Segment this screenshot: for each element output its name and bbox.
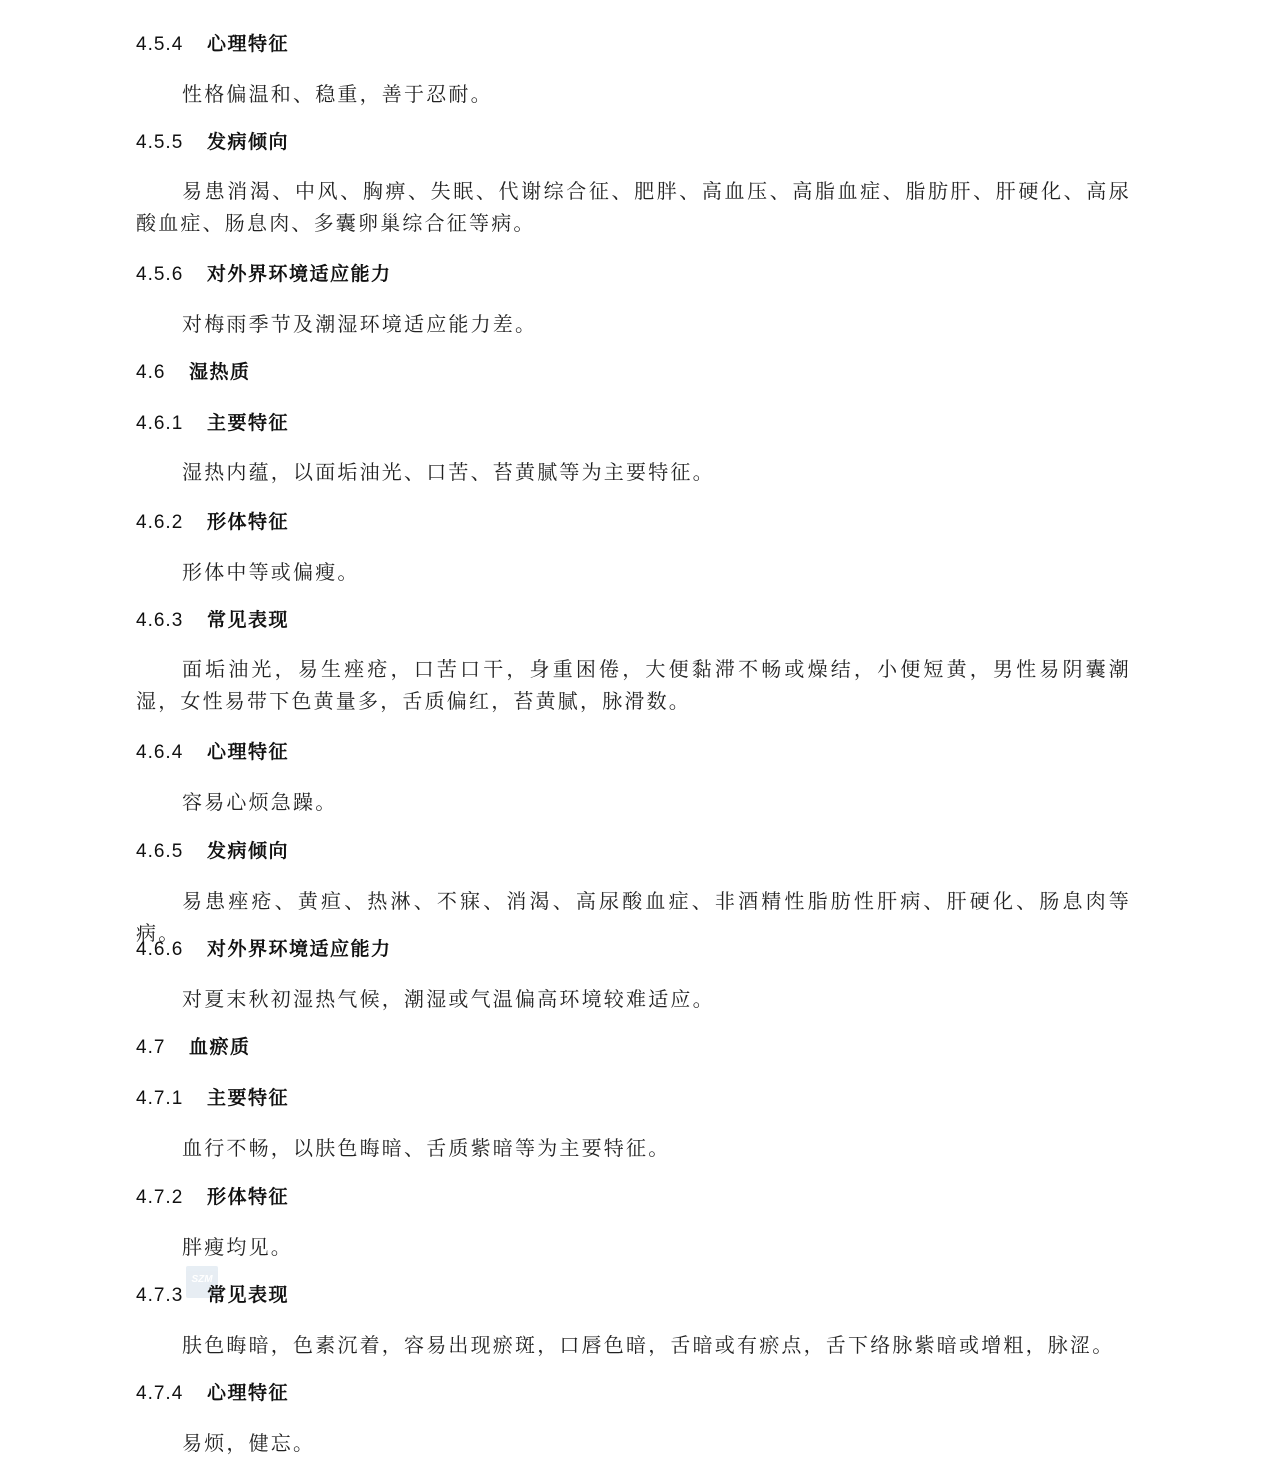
section-heading-4-6-4: 4.6.4心理特征: [136, 740, 1131, 765]
section-title: 形体特征: [207, 1186, 289, 1208]
section-number: 4.5.6: [136, 263, 207, 287]
section-heading-4-7-1: 4.7.1主要特征: [136, 1086, 1131, 1111]
paragraph: 血行不畅，以肤色晦暗、舌质紫暗等为主要特征。: [136, 1132, 1131, 1164]
section-heading-4-5-5: 4.5.5发病倾向: [136, 130, 1131, 155]
paragraph: 容易心烦急躁。: [136, 786, 1131, 818]
paragraph: 对梅雨季节及潮湿环境适应能力差。: [136, 308, 1131, 340]
section-title: 形体特征: [207, 511, 289, 533]
section-title: 心理特征: [207, 741, 289, 763]
paragraph: 面垢油光，易生痤疮，口苦口干，身重困倦，大便黏滞不畅或燥结，小便短黄，男性易阴囊…: [136, 653, 1131, 717]
paragraph: 湿热内蕴，以面垢油光、口苦、苔黄腻等为主要特征。: [136, 456, 1131, 488]
section-heading-4-6-1: 4.6.1主要特征: [136, 411, 1131, 436]
section-title: 血瘀质: [189, 1036, 251, 1058]
section-number: 4.6.1: [136, 412, 207, 436]
section-title: 主要特征: [207, 412, 289, 434]
section-number: 4.5.4: [136, 33, 207, 57]
section-title: 发病倾向: [207, 131, 289, 153]
section-number: 4.7.2: [136, 1186, 207, 1210]
section-number: 4.6.4: [136, 741, 207, 765]
section-heading-4-6-5: 4.6.5发病倾向: [136, 839, 1131, 864]
section-title: 心理特征: [207, 1382, 289, 1404]
paragraph: 对夏末秋初湿热气候，潮湿或气温偏高环境较难适应。: [136, 983, 1131, 1015]
section-heading-4-7: 4.7血瘀质: [136, 1035, 1131, 1060]
section-number: 4.6.5: [136, 840, 207, 864]
section-heading-4-7-3: 4.7.3常见表现: [136, 1283, 1131, 1308]
section-number: 4.7.3: [136, 1284, 207, 1308]
section-title: 湿热质: [189, 361, 251, 383]
section-number: 4.7: [136, 1036, 189, 1060]
section-number: 4.5.5: [136, 131, 207, 155]
section-title: 常见表现: [207, 609, 289, 631]
section-number: 4.6.2: [136, 511, 207, 535]
paragraph: 易患消渴、中风、胸痹、失眠、代谢综合征、肥胖、高血压、高脂血症、脂肪肝、肝硬化、…: [136, 175, 1131, 239]
paragraph: 易烦，健忘。: [136, 1427, 1131, 1459]
section-number: 4.7.1: [136, 1087, 207, 1111]
section-number: 4.7.4: [136, 1382, 207, 1406]
section-title: 对外界环境适应能力: [207, 263, 392, 285]
section-heading-4-6-2: 4.6.2形体特征: [136, 510, 1131, 535]
document-page: 4.5.4心理特征 性格偏温和、稳重，善于忍耐。 4.5.5发病倾向 易患消渴、…: [0, 0, 1280, 1471]
section-number: 4.6.3: [136, 609, 207, 633]
section-heading-4-7-2: 4.7.2形体特征: [136, 1185, 1131, 1210]
section-heading-4-6: 4.6湿热质: [136, 360, 1131, 385]
section-heading-4-6-3: 4.6.3常见表现: [136, 608, 1131, 633]
section-title: 对外界环境适应能力: [207, 938, 392, 960]
section-heading-4-5-6: 4.5.6对外界环境适应能力: [136, 262, 1131, 287]
section-title: 主要特征: [207, 1087, 289, 1109]
section-heading-4-5-4: 4.5.4心理特征: [136, 32, 1131, 57]
paragraph: 肤色晦暗，色素沉着，容易出现瘀斑，口唇色暗，舌暗或有瘀点，舌下络脉紫暗或增粗，脉…: [136, 1329, 1131, 1361]
section-title: 发病倾向: [207, 840, 289, 862]
section-heading-4-7-4: 4.7.4心理特征: [136, 1381, 1131, 1406]
section-heading-4-6-6: 4.6.6对外界环境适应能力: [136, 937, 1131, 962]
paragraph: 性格偏温和、稳重，善于忍耐。: [136, 78, 1131, 110]
section-number: 4.6: [136, 361, 189, 385]
section-title: 常见表现: [207, 1284, 289, 1306]
section-number: 4.6.6: [136, 938, 207, 962]
paragraph: 胖瘦均见。: [136, 1231, 1131, 1263]
section-title: 心理特征: [207, 33, 289, 55]
paragraph: 形体中等或偏瘦。: [136, 556, 1131, 588]
